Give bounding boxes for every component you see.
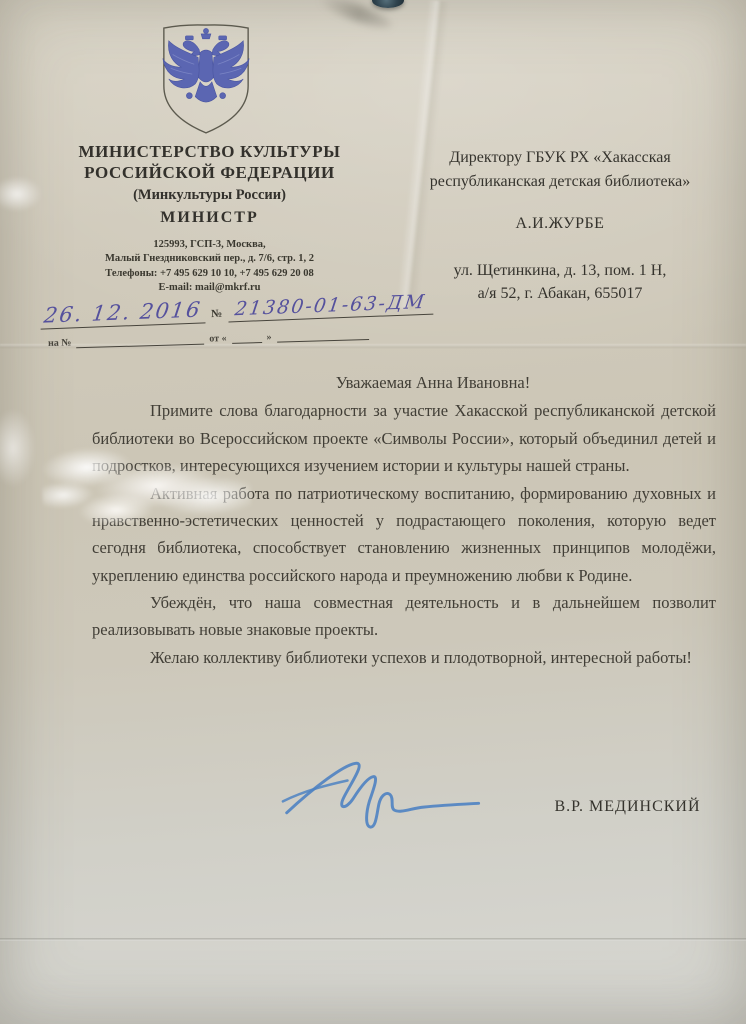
sender-org-line3: (Минкультуры России) xyxy=(22,187,397,204)
sender-address-line: Малый Гнездниковский пер., д. 7/6, стр. … xyxy=(22,252,397,266)
sender-post-title: МИНИСТР xyxy=(22,209,397,227)
paper-damage-streak xyxy=(0,408,36,488)
handwritten-date: 26. 12. 2016 xyxy=(40,297,206,329)
sender-address-block: 125993, ГСП-3, Москва, Малый Гнездниковс… xyxy=(22,238,397,296)
paragraph: Желаю коллективу библиотеки успехов и пл… xyxy=(92,644,716,671)
number-sign-label: № xyxy=(211,308,223,323)
pin-icon xyxy=(372,0,404,8)
paragraph: Убеждён, что наша совместная деятельност… xyxy=(92,589,716,644)
addressee-block: Директору ГБУК РХ «Хакасская республикан… xyxy=(392,146,728,305)
sender-address-line: Телефоны: +7 495 629 10 10, +7 495 629 2… xyxy=(22,267,397,281)
sender-address-line: 125993, ГСП-3, Москва, xyxy=(22,238,397,252)
addressee-street-line1: ул. Щетинкина, д. 13, пом. 1 Н, xyxy=(392,259,728,282)
signer-name: В.Р. МЕДИНСКИЙ xyxy=(520,798,735,816)
letter-photo: МИНИСТЕРСТВО КУЛЬТУРЫ РОССИЙСКОЙ ФЕДЕРАЦ… xyxy=(0,0,746,1024)
sender-org-line1: МИНИСТЕРСТВО КУЛЬТУРЫ xyxy=(22,141,397,162)
reply-prefix-label: на № xyxy=(48,337,72,349)
whiteout-damage-patch xyxy=(40,433,252,532)
coat-of-arms-icon xyxy=(157,21,255,137)
addressee-line2: республиканская детская библиотека» xyxy=(392,170,728,194)
addressee-street-line2: а/я 52, г. Абакан, 655017 xyxy=(392,282,728,305)
salutation: Уважаемая Анна Ивановна! xyxy=(92,369,716,396)
paper-fold-line-lower xyxy=(0,938,746,941)
sender-org-block: МИНИСТЕРСТВО КУЛЬТУРЫ РОССИЙСКОЙ ФЕДЕРАЦ… xyxy=(22,141,397,204)
addressee-name: А.И.ЖУРБЕ xyxy=(392,215,728,233)
sender-org-line2: РОССИЙСКОЙ ФЕДЕРАЦИИ xyxy=(22,162,397,183)
reply-day-blank xyxy=(231,331,261,344)
addressee-line1: Директору ГБУК РХ «Хакасская xyxy=(392,146,728,170)
reply-date-label: от « xyxy=(209,333,227,344)
reply-month-blank xyxy=(276,328,368,343)
reply-close-quote: » xyxy=(266,332,271,343)
handwritten-signature-icon xyxy=(278,752,493,847)
